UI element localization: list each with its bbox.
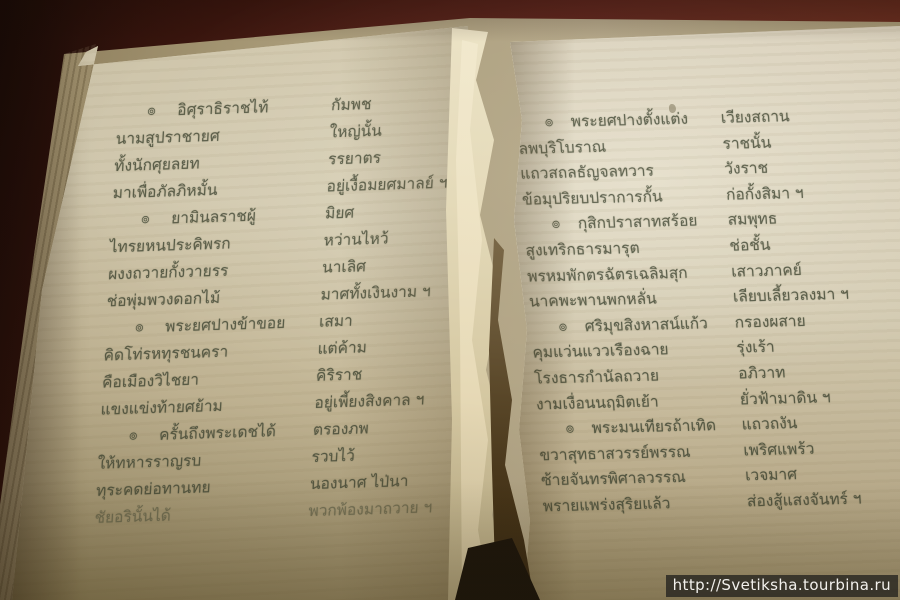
verse-text-right-column: ส่องสู้แสงจันทร์ ฯ: [746, 486, 862, 514]
watermark-url: http://Svetiksha.tourbina.ru: [666, 575, 898, 597]
verse-text-left-column: ชัยอรินั้นได้: [94, 502, 172, 530]
verse-line: นาคพะพานพกหลั่นเลียบเลี้ยวลงมา ฯ: [524, 280, 900, 315]
verse-line: ๏ศริมุขสิงหาสน์แก้วกรองผสาย: [526, 306, 900, 341]
verse-line: แขงแข่งท้ายศย้ามอยู่เพี้ยงสิงคาล ฯ: [74, 386, 447, 425]
verse-text-right-column: นาเลิศ: [321, 253, 366, 280]
verse-text-right-column: ก่อกั้งสิมา ฯ: [725, 181, 804, 208]
verse-text-right-column: แต่ค้าม: [317, 334, 368, 362]
verse-line: ๏พระยศปางข้าขอยเสมา: [78, 305, 451, 344]
verse-text-right-column: อยู่เพี้ยงสิงคาล ฯ: [314, 386, 425, 416]
verse-text-left-column: คุมแว่นแววเรืองฉาย: [532, 338, 670, 366]
verse-line: ให้ทหารราญรบรวบไว้: [71, 440, 444, 479]
verse-line: ๏ครั้นถึงพระเดชได้ตรองภพ: [72, 413, 445, 452]
verse-text-left-column: คิดโท่รหทุรชนครา: [103, 339, 229, 369]
verse-line: ข้อมุปริยบปราการกั้นก่อกั้งสิมา ฯ: [517, 178, 900, 213]
verse-text-left-column: แขงแข่งท้ายศย้าม: [100, 393, 224, 423]
verse-line: ๏พระมนเทียรถ้าเทิดแถวถงัน: [533, 408, 900, 443]
fong-man-marker: ๏: [565, 417, 575, 442]
verse-text-right-column: กัมพช: [330, 91, 372, 118]
verse-line: งามเงื่อนนฤมิตเย้ายั่วฟ้ามาดิน ฯ: [531, 383, 900, 418]
verse-text-right-column: เวียงสถาน: [720, 104, 790, 131]
verse-line: โรงธารกำนัลถวายอภิวาท: [529, 357, 900, 392]
verse-line: ซ้ายจันทรพิศาลวรรณเวจมาศ: [536, 459, 900, 494]
verse-text-left-column: กุสิกปราสาทสร้อย: [577, 209, 698, 237]
verse-text-right-column: กรองผสาย: [734, 309, 807, 336]
verse-line: สูงเทริกธารมารุตช่อชั้น: [521, 229, 900, 264]
verse-text-right-column: ยั่วฟ้ามาดิน ฯ: [739, 385, 831, 412]
verse-text-left-column: โรงธารกำนัลถวาย: [533, 363, 659, 391]
fong-man-marker: ๏: [544, 110, 554, 135]
verse-line: ทั้งนักศุยลยทรรยาตร: [88, 142, 461, 181]
verse-text-left-column: ให้ทหารราญรบ: [97, 447, 202, 476]
verse-text-left-column: มาเพื่อภัลภิหมั้น: [112, 177, 218, 206]
verse-line: แถวสถลธัญจลทวารวังราช: [515, 153, 900, 188]
verse-line: มาเพื่อภัลภิหมั้นอยู่เงื้อมยศมาลย์ ฯ: [86, 169, 459, 208]
right-page-verse: ๏พระยศปางตั้งแต่งเวียงสถานลพบุริโบราณราช…: [512, 102, 900, 531]
verse-text-right-column: รรยาตร: [327, 145, 381, 173]
verse-line: คิดโท่รหทุรชนคราแต่ค้าม: [77, 332, 450, 371]
verse-text-right-column: วังราช: [723, 156, 769, 182]
verse-text-right-column: เลียบเลี้ยวลงมา ฯ: [732, 282, 850, 310]
verse-line: คุมแว่นแววเรืองฉายรุ่งเร้า: [528, 332, 900, 367]
verse-text-right-column: อภิวาท: [737, 360, 786, 386]
verse-line: ๏กุสิกปราสาทสร้อยสมพุทธ: [519, 204, 900, 239]
fong-man-marker: ๏: [147, 98, 157, 124]
verse-text-left-column: ช่อพุ่มพวงดอกไม้: [106, 285, 221, 315]
fong-man-marker: ๏: [558, 314, 568, 339]
verse-text-right-column: เสาวภาคย์: [730, 258, 802, 285]
verse-line: ทุระคดย่อทานทยนองนาศ ไป่นา: [69, 467, 442, 506]
verse-text-left-column: พระยศปางตั้งแต่ง: [570, 107, 689, 135]
verse-text-right-column: เพริศแพร้ว: [743, 436, 816, 463]
verse-text-left-column: พระยศปางข้าขอย: [164, 310, 286, 340]
verse-text-left-column: ศริมุขสิงหาสน์แก้ว: [584, 311, 709, 339]
verse-text-right-column: ช่อชั้น: [729, 233, 772, 259]
ink-speck: [669, 104, 676, 113]
verse-text-right-column: สมพุทธ: [727, 207, 778, 233]
verse-text-right-column: หว่านไหว้: [323, 225, 389, 253]
verse-text-right-column: ใหญ่นั้น: [329, 118, 383, 146]
verse-line: ผงงถวายกั้งวายรรนาเลิศ: [81, 250, 454, 289]
verse-text-left-column: พรายแพร่งสุริยแล้ว: [542, 491, 671, 519]
verse-text-left-column: นาคพะพานพกหลั่น: [528, 287, 657, 315]
verse-text-left-column: ผงงถวายกั้งวายรร: [108, 258, 230, 288]
verse-text-left-column: ข้อมุปริยบปราการกั้น: [521, 184, 663, 212]
verse-line: ช่อพุ่มพวงดอกไม้มาศทั้งเงินงาม ฯ: [80, 278, 453, 317]
verse-text-right-column: ตรองภพ: [312, 415, 369, 443]
verse-line: พรายแพร่งสุริยแล้วส่องสู้แสงจันทร์ ฯ: [538, 485, 900, 520]
verse-text-left-column: ขวาสุทธาสวรรย์พรรณ: [539, 439, 692, 468]
verse-text-right-column: อยู่เงื้อมยศมาลย์ ฯ: [326, 170, 448, 200]
verse-text-left-column: อิศุราธิราชไท้: [177, 94, 270, 123]
verse-text-right-column: คิริราช: [315, 361, 363, 389]
verse-line: ชัยอรินั้นได้พวกพ้องมาถวาย ฯ: [68, 494, 441, 533]
verse-text-left-column: งามเงื่อนนฤมิตเย้า: [535, 389, 659, 417]
verse-text-left-column: ทุระคดย่อทานทย: [95, 474, 211, 504]
verse-line: คือเมืองวิไชยาคิริราช: [75, 359, 448, 398]
verse-text-left-column: นามสูปราชายศ: [115, 123, 220, 152]
fong-man-marker: ๏: [128, 422, 138, 448]
verse-text-left-column: ทั้งนักศุยลยท: [114, 150, 201, 179]
verse-text-right-column: ราชนั้น: [722, 130, 772, 156]
verse-text-right-column: มิยศ: [324, 200, 355, 227]
verse-text-right-column: เสมา: [318, 308, 353, 335]
verse-text-left-column: แถวสถลธัญจลทวาร: [519, 159, 654, 187]
verse-line: ไทรยหนประคิพรกหว่านไหว้: [83, 223, 456, 262]
left-page-verse: ๏อิศุราธิราชไท้กัมพชนามสูปราชายศใหญ่นั้น…: [67, 88, 463, 541]
verse-line: ๏พระยศปางตั้งแต่งเวียงสถาน: [512, 102, 900, 137]
verse-text-left-column: พระมนเทียรถ้าเทิด: [591, 413, 717, 441]
verse-line: ลพบุริโบราณราชนั้น: [514, 127, 900, 162]
fong-man-marker: ๏: [141, 206, 151, 232]
verse-text-left-column: ไทรยหนประคิพรก: [109, 230, 231, 260]
verse-line: ๏อิศุราธิราชไท้กัมพช: [91, 88, 464, 127]
verse-text-right-column: รวบไว้: [311, 443, 356, 470]
verse-text-right-column: นองนาศ ไป่นา: [309, 468, 409, 497]
fong-man-marker: ๏: [551, 212, 561, 237]
verse-text-right-column: เวจมาศ: [744, 462, 798, 488]
verse-text-left-column: ครั้นถึงพระเดชได้: [158, 418, 276, 448]
verse-text-right-column: แถวถงัน: [741, 411, 798, 437]
verse-text-right-column: รุ่งเร้า: [736, 335, 776, 361]
verse-text-right-column: พวกพ้องมาถวาย ฯ: [308, 494, 433, 524]
verse-text-left-column: ซ้ายจันทรพิศาลวรรณ: [540, 465, 686, 493]
verse-text-left-column: ลพบุริโบราณ: [518, 134, 607, 161]
book-photo: ๏อิศุราธิราชไท้กัมพชนามสูปราชายศใหญ่นั้น…: [0, 0, 900, 600]
verse-text-left-column: พรหมพักตรฉัตรเฉลิมสุก: [526, 260, 688, 289]
verse-text-left-column: คือเมืองวิไชยา: [101, 367, 199, 396]
verse-line: ขวาสุทธาสวรรย์พรรณเพริศแพร้ว: [535, 434, 900, 469]
verse-text-right-column: มาศทั้งเงินงาม ฯ: [320, 278, 432, 308]
verse-line: นามสูปราชายศใหญ่นั้น: [89, 115, 462, 154]
verse-line: ๏ยามินลราชผู้มิยศ: [84, 196, 457, 235]
verse-text-left-column: สูงเทริกธารมารุต: [525, 236, 641, 264]
verse-text-left-column: ยามินลราชผู้: [171, 203, 257, 232]
verse-line: พรหมพักตรฉัตรเฉลิมสุกเสาวภาคย์: [522, 255, 900, 290]
fong-man-marker: ๏: [134, 314, 144, 340]
